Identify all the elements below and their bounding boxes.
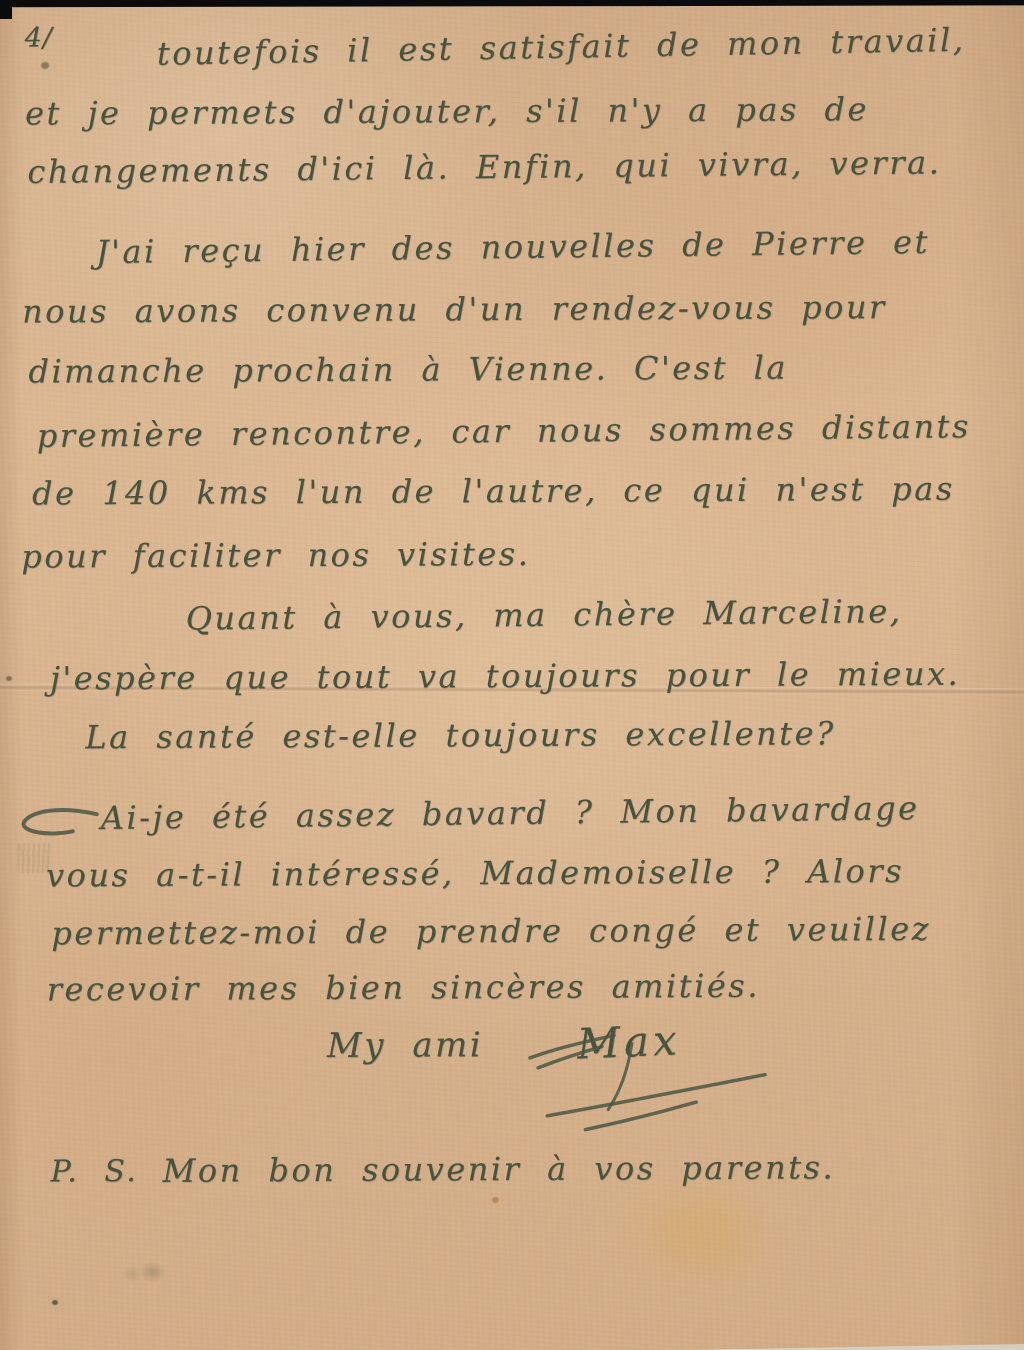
letter-line: J'ai reçu hier des nouvelles de Pierre e…	[96, 223, 931, 271]
letter-line: vous a-t-il intéressé, Mademoiselle ? Al…	[46, 852, 904, 894]
letter-line: nous avons convenu d'un rendez-vous pour	[22, 288, 887, 331]
signature-closing: My ami	[327, 1025, 483, 1066]
letter-line: permettez-moi de prendre congé et veuill…	[51, 910, 931, 953]
letter-line: toutefois il est satisfait de mon travai…	[156, 21, 965, 73]
signature-name: Max	[576, 1015, 682, 1068]
letter-line: recevoir mes bien sincères amitiés.	[47, 967, 760, 1009]
letter-line: première rencontre, car nous sommes dist…	[37, 407, 971, 455]
handwritten-text-layer: 4/ toutefois il est satisfait de mon tra…	[0, 0, 1024, 1350]
letter-line: Ai-je été assez bavard ? Mon bavardage	[101, 789, 920, 837]
letter-line: et je permets d'ajouter, s'il n'y a pas …	[25, 90, 869, 132]
signature-underline	[585, 1102, 696, 1130]
page-number: 4/	[25, 22, 53, 53]
letter-line: changements d'ici là. Enfin, qui vivra, …	[27, 143, 941, 191]
lead-in-flourish	[23, 810, 96, 834]
postscript-label: P. S.	[51, 1154, 139, 1189]
scan-edge-corner	[0, 0, 12, 19]
letter-line: La santé est-elle toujours excellente?	[85, 714, 836, 756]
letter-line: de 140 kms l'un de l'autre, ce qui n'est…	[32, 470, 955, 513]
scanned-letter-page: 4/ toutefois il est satisfait de mon tra…	[0, 0, 1024, 1350]
letter-line: j'espère que tout va toujours pour le mi…	[50, 655, 960, 698]
postscript-text: Mon bon souvenir à vos parents.	[162, 1148, 835, 1190]
letter-line: Quant à vous, ma chère Marceline,	[186, 592, 903, 638]
letter-line: pour faciliter nos visites.	[21, 535, 530, 576]
letter-line: dimanche prochain à Vienne. C'est la	[28, 349, 788, 391]
signature-underline	[547, 1075, 765, 1116]
